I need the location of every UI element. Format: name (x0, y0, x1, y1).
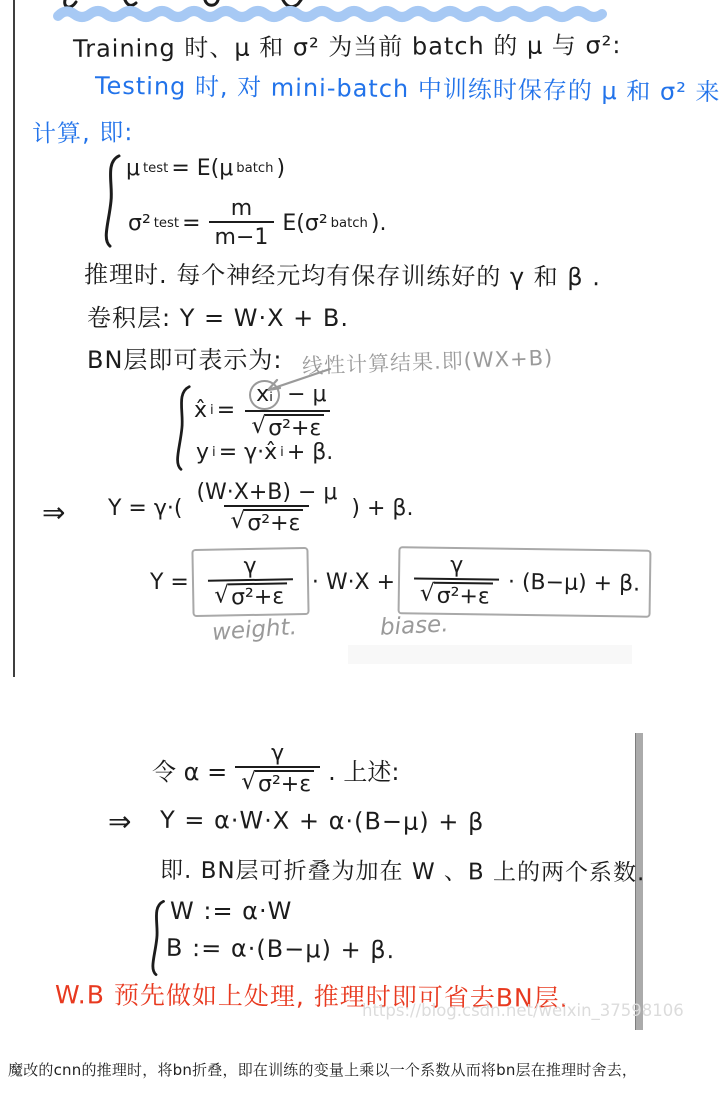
xhat-frac-num-rest: − μ (287, 382, 326, 407)
sigma-test-lhs: σ² (128, 211, 151, 236)
sigma-test-rhs-sub: batch (331, 216, 368, 231)
mu-test-lhs-sub: test (143, 161, 168, 176)
xhat-sqrt: √ σ²+ε (251, 414, 324, 441)
testing-line-1: Testing 时, 对 mini-batch 中训练时保存的 μ 和 σ² 来 (95, 66, 721, 108)
derive1-sqrt: √ σ²+ε (230, 509, 303, 536)
mu-test-formula: μtest = E(μbatch ) (126, 156, 285, 181)
mu-test-lhs: μ (126, 156, 140, 181)
implies-arrow-2: ⇒ (108, 805, 131, 838)
sqrt-sign: √ (214, 584, 229, 609)
alpha-sqrt: √ σ²+ε (241, 770, 314, 797)
gray-annotation: 线性计算结果.即(WX+B) (302, 342, 554, 381)
xhat-frac-num: xᵢ − μ (243, 380, 332, 410)
sigma-test-lhs-sub: test (154, 216, 179, 231)
derive1-frac-den: √ σ²+ε (224, 505, 309, 536)
bias-box-radicand: σ²+ε (434, 582, 493, 610)
folded-formula: Y = α·W·X + α·(B−μ) + β (160, 806, 485, 836)
yi-lhs: y (196, 440, 209, 465)
sigma-test-fraction: m m−1 (209, 196, 275, 251)
xhat-eq: = (217, 398, 235, 423)
bias-label: biase. (379, 611, 449, 641)
sigma-test-close: ). (371, 211, 387, 236)
yi-formula: yi = γ·x̂i + β. (196, 440, 333, 465)
training-line: Training 时、μ 和 σ² 为当前 batch 的 μ 与 σ²: (73, 25, 622, 64)
xhat-fraction: xᵢ − μ √ σ²+ε (243, 380, 332, 441)
sigma-test-eq: = (182, 211, 200, 236)
bias-box-den: √ σ²+ε (414, 578, 499, 610)
yi-mid: = γ·x̂ (219, 440, 277, 465)
derive-formula-1: Y = γ·( (W·X+B) − μ √ σ²+ε ) + β. (108, 480, 413, 536)
alpha-pre: 令 α = (152, 752, 227, 787)
yi-lhs-sub: i (212, 445, 216, 460)
sqrt-sign: √ (230, 509, 245, 533)
alpha-frac-num: γ (265, 741, 290, 766)
bias-box-fraction: γ √ σ²+ε (414, 552, 500, 610)
xhat-lhs-sub: i (210, 403, 214, 418)
mu-test-close: ) (276, 156, 285, 181)
sigma-test-frac-den: m−1 (209, 221, 275, 250)
testing-line-2: 计算, 即: (32, 112, 134, 149)
weight-box-den: √ σ²+ε (208, 579, 293, 612)
derive1-fraction: (W·X+B) − μ √ σ²+ε (190, 480, 343, 536)
bias-box-rest: · (B−μ) + β. (508, 570, 640, 597)
derive1-pre: Y = γ·( (108, 496, 182, 521)
bias-box-sqrt: √ σ²+ε (420, 582, 493, 610)
alpha-post: . 上述: (328, 752, 399, 787)
fold-note-line: 即. BN层可折叠为加在 W 、B 上的两个系数. (160, 852, 646, 888)
derive2-pre: Y = (150, 570, 189, 595)
footer-paragraph: 魔改的cnn的推理时，将bn折叠，即在训练的变量上乘以一个系数从而将bn层在推理… (8, 1059, 637, 1080)
formula-brace-1 (98, 153, 122, 249)
bias-box: γ √ σ²+ε · (B−μ) + β. (398, 546, 652, 618)
derive1-frac-num: (W·X+B) − μ (190, 480, 343, 505)
page-root: Training 时、μ 和 σ² 为当前 batch 的 μ 与 σ²: Te… (0, 0, 722, 1102)
bias-box-num: γ (444, 553, 469, 579)
sigma-test-rhs: E(σ² (282, 211, 327, 236)
yi-tail: + β. (287, 440, 333, 465)
weight-box-fraction: γ √ σ²+ε (207, 553, 293, 611)
weight-box-num: γ (237, 554, 262, 580)
left-border-line (13, 0, 15, 677)
xhat-frac-den: √ σ²+ε (245, 410, 330, 441)
derive1-radicand: σ²+ε (244, 509, 303, 536)
derive2-mid: · W·X + (312, 570, 395, 595)
weight-box-sqrt: √ σ²+ε (214, 583, 287, 611)
mu-test-mid: = E(μ (171, 156, 233, 181)
watermark-text: https://blog.csdn.net/weixin_37598106 (362, 1001, 684, 1020)
xhat-radicand: σ²+ε (265, 414, 324, 441)
weight-box: γ √ σ²+ε (191, 547, 309, 618)
formula-brace-2 (170, 384, 192, 472)
sqrt-sign: √ (251, 414, 266, 438)
sqrt-sign: √ (241, 770, 256, 794)
yi-mid-sub: i (280, 445, 284, 460)
conv-layer-line: 卷积层: Y = W·X + B. (87, 298, 349, 333)
inference-line: 推理时. 每个神经元均有保存训练好的 γ 和 β . (84, 255, 601, 293)
sigma-test-formula: σ²test = m m−1 E(σ²batch ). (128, 196, 386, 251)
faded-highlight (348, 645, 632, 664)
xhat-formula: x̂i = xᵢ − μ √ σ²+ε (194, 380, 338, 441)
note-image-1: Training 时、μ 和 σ² 为当前 batch 的 μ 与 σ²: Te… (0, 0, 722, 677)
wavy-underline (52, 2, 622, 26)
b-assign-formula: B := α·(B−μ) + β. (166, 934, 396, 964)
derive-formula-2: Y = γ √ σ²+ε · W·X + γ (150, 548, 651, 616)
alpha-radicand: σ²+ε (255, 770, 314, 797)
note-image-2: 令 α = γ √ σ²+ε . 上述: ⇒ Y = α·W·X + α·(B−… (0, 733, 722, 1030)
xhat-lhs: x̂ (194, 398, 207, 423)
alpha-fraction: γ √ σ²+ε (235, 741, 320, 797)
formula-brace-3 (146, 899, 166, 977)
derive1-post: ) + β. (351, 496, 413, 521)
weight-label: weight. (211, 614, 297, 646)
alpha-definition: 令 α = γ √ σ²+ε . 上述: (152, 741, 399, 797)
mu-test-rhs-sub: batch (236, 161, 273, 176)
circled-xi: xᵢ (249, 380, 280, 410)
weight-box-radicand: σ²+ε (228, 583, 288, 611)
alpha-frac-den: √ σ²+ε (235, 766, 320, 797)
w-assign-formula: W := α·W (170, 897, 292, 925)
sigma-test-frac-num: m (225, 196, 258, 221)
implies-arrow-1: ⇒ (42, 496, 65, 529)
